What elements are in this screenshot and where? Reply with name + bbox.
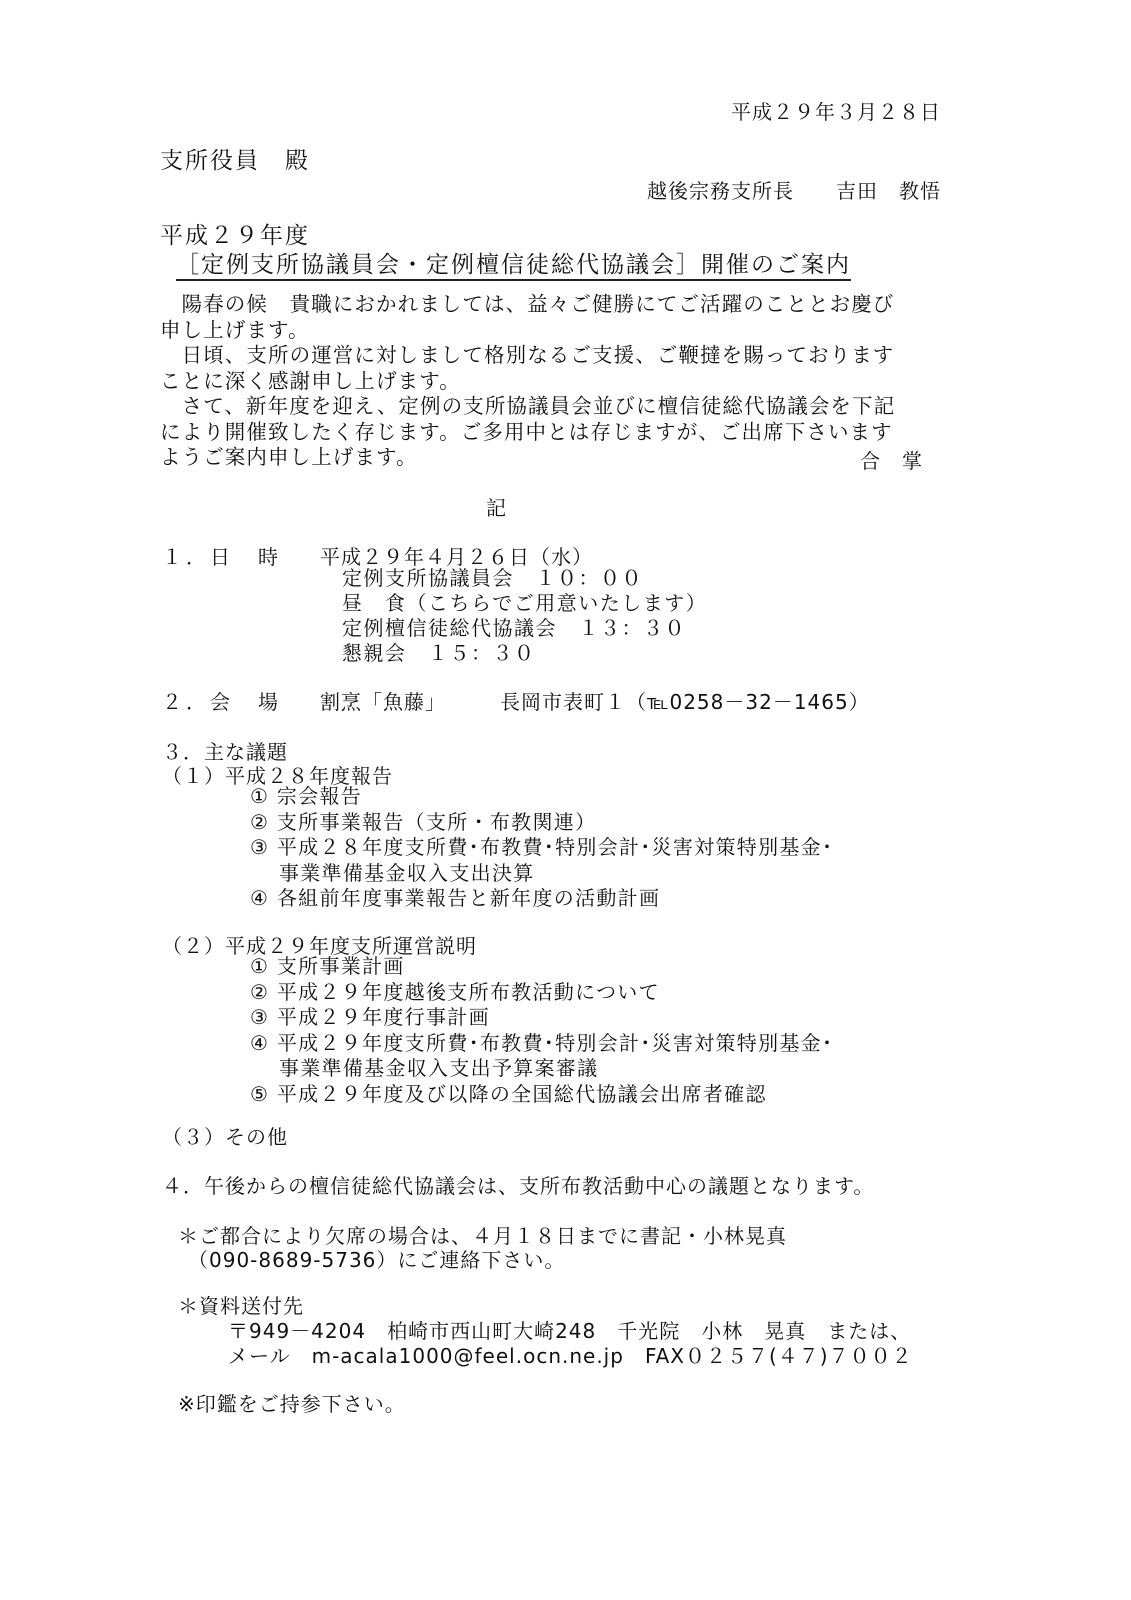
seal-note: ※印鑑をご持参下さい。 <box>178 1388 406 1417</box>
absence-note-line2: （090-8689-5736）にご連絡下さい。 <box>188 1244 565 1273</box>
schedule-item: 昼 食（こちらでご用意いたします） <box>342 591 707 616</box>
agenda-item: ④ 平成２９年度支所費･布教費･特別会計･災害対策特別基金･ <box>250 1031 833 1057</box>
body-line: 申し上げます。 <box>160 318 895 344</box>
document-date: 平成２９年３月２８日 <box>731 96 941 125</box>
agenda-item: ② 支所事業報告（支所・布教関連） <box>250 810 833 836</box>
sender: 越後宗務支所長 吉田 教悟 <box>647 175 941 204</box>
agenda-item: 事業準備基金収入支出予算案審議 <box>250 1056 833 1082</box>
agenda-item: ① 宗会報告 <box>250 784 833 810</box>
schedule-item: 定例支所協議員会 １０：００ <box>342 566 707 591</box>
agenda-sub1-items: ① 宗会報告 ② 支所事業報告（支所・布教関連） ③ 平成２８年度支所費･布教費… <box>250 784 833 912</box>
materials-contact: メール m-acala1000@feel.ocn.ne.jp FAX０２５７(４… <box>228 1340 913 1369</box>
agenda-item: ① 支所事業計画 <box>250 954 833 980</box>
venue-name: 割烹「魚藤」 <box>320 686 446 715</box>
document-title: ［定例支所協議員会・定例檀信徒総代協議会］開催のご案内 <box>176 246 851 279</box>
agenda-item: ③ 平成２９年度行事計画 <box>250 1005 833 1031</box>
section-venue-label: ２．会 場 <box>162 686 282 715</box>
addressee: 支所役員 殿 <box>160 142 310 175</box>
body-line: ことに深く感謝申し上げます。 <box>160 369 895 395</box>
agenda-item: ③ 平成２８年度支所費･布教費･特別会計･災害対策特別基金･ <box>250 835 833 861</box>
agenda-item: ④ 各組前年度事業報告と新年度の活動計画 <box>250 886 833 912</box>
venue-address: 長岡市表町１（℡0258－32－1465） <box>500 686 870 715</box>
document-title-text: ［定例支所協議員会・定例檀信徒総代協議会］開催のご案内 <box>176 252 851 281</box>
section-datetime-label: １．日 時 <box>162 541 282 570</box>
ki-heading: 記 <box>486 492 507 521</box>
section-afternoon-note: ４．午後からの檀信徒総代協議会は、支所布教活動中心の議題となります。 <box>162 1170 874 1199</box>
agenda-sub2-items: ① 支所事業計画 ② 平成２９年度越後支所布教活動について ③ 平成２９年度行事… <box>250 954 833 1107</box>
agenda-item: 事業準備基金収入支出決算 <box>250 861 833 887</box>
body-line: 日頃、支所の運営に対しまして格別なるご支援、ご鞭撻を賜っております <box>160 343 895 369</box>
body-line: 陽春の候 貴職におかれましては、益々ご健勝にてご活躍のこととお慶び <box>160 292 895 318</box>
agenda-item: ⑤ 平成２９年度及び以降の全国総代協議会出席者確認 <box>250 1082 833 1108</box>
agenda-item: ② 平成２９年度越後支所布教活動について <box>250 980 833 1006</box>
body-line: さて、新年度を迎え、定例の支所協議員会並びに檀信徒総代協議会を下記 <box>160 394 895 420</box>
body-line: により開催致したく存じます。ご多用中とは存じますが、ご出席下さいます <box>160 420 895 446</box>
schedule-item: 懇親会 １５：３０ <box>342 641 707 666</box>
agenda-sub3-label: （３）その他 <box>162 1121 288 1150</box>
closing-gassho: 合 掌 <box>860 445 923 474</box>
schedule-list: 定例支所協議員会 １０：００ 昼 食（こちらでご用意いたします） 定例檀信徒総代… <box>342 566 707 666</box>
greeting-body: 陽春の候 貴職におかれましては、益々ご健勝にてご活躍のこととお慶び 申し上げます… <box>160 292 895 471</box>
body-line: ようご案内申し上げます。 <box>160 445 895 471</box>
schedule-item: 定例檀信徒総代協議会 １３：３０ <box>342 616 707 641</box>
